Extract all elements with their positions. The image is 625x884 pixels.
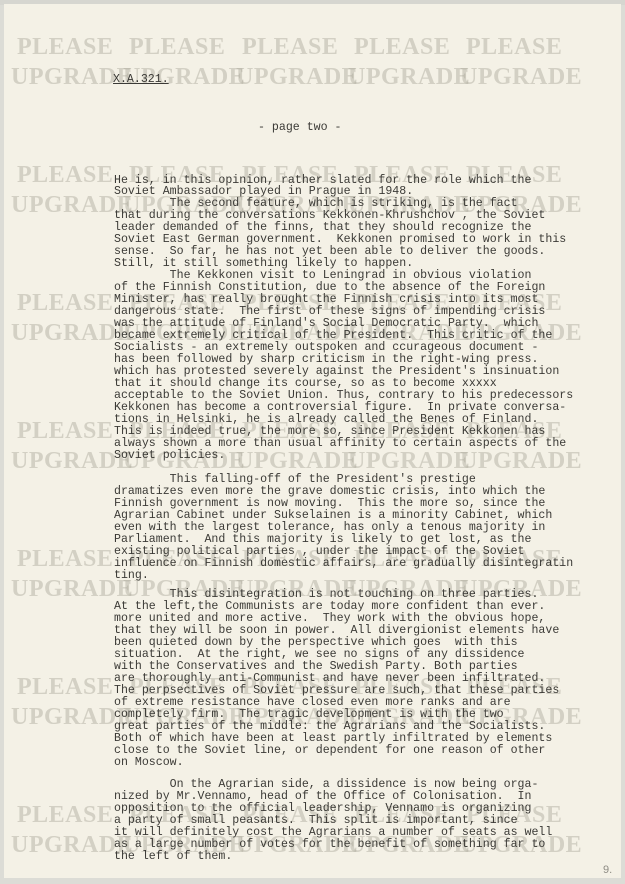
text-line: on Moscow.	[114, 757, 184, 769]
text-line: ting.	[114, 570, 149, 582]
typewritten-text: X.A.321. - page two - He is, in this opi…	[0, 0, 625, 884]
text-line: the left of them.	[114, 851, 232, 863]
document-reference: X.A.321.	[113, 73, 169, 86]
text-line: influence on Finnish domestic affairs, a…	[114, 558, 573, 570]
text-line: Soviet policies.	[114, 450, 225, 462]
page-number: 9.	[603, 864, 612, 876]
page-header: - page two -	[258, 121, 342, 134]
